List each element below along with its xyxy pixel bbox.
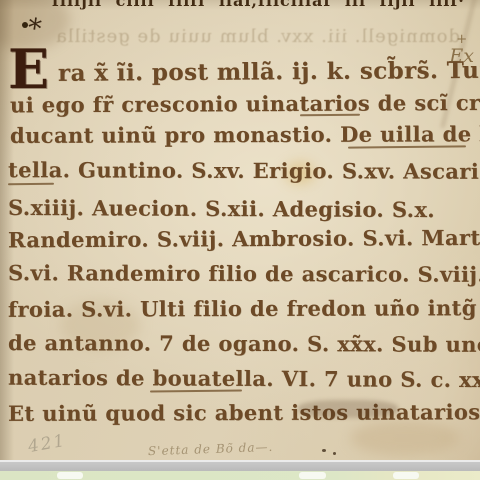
- manuscript-line: Randemiro. S.viij. Ambrosio. S.vi. Marte…: [8, 227, 480, 251]
- filmstrip-thumbnail[interactable]: [299, 472, 326, 479]
- scribal-underline: [300, 114, 360, 117]
- scribal-underline: [150, 390, 242, 393]
- manuscript-line: ra x̃ ĩi. post mllã. ij. k. scb̃rs̃. Tun…: [58, 58, 480, 85]
- manuscript-line: tella. Guntino. S.xv. Erigio. S.xv. Asca…: [8, 159, 480, 182]
- later-cursive-annotation: S'etta de Bõ da—.: [148, 440, 274, 458]
- cut-off-text-line: ſıııȷıı cıııı ſııſı ııaı,ſııcıııaſ ııı ſ…: [52, 0, 480, 10]
- pencil-folio-number: 421: [27, 431, 68, 457]
- star-mark: ∗: [24, 7, 46, 40]
- thumbnail-filmstrip: [0, 471, 480, 480]
- ink-speck: [322, 449, 326, 452]
- manuscript-line: ducant uinũ pro monastio. De uilla de bo…: [10, 123, 480, 146]
- filmstrip-thumbnail[interactable]: [57, 472, 83, 479]
- manuscript-line: S.xiiij. Auecion. S.xii. Adegisio. S.x.: [8, 197, 435, 220]
- manuscript-line: S.vi. Randemiro filio de ascarico. S.vii…: [8, 262, 480, 285]
- manuscript-scan-view: ſıııȷıı cıııı ſııſı ııaı,ſııcıııaſ ııı ſ…: [0, 0, 480, 480]
- scribal-underline: [348, 145, 466, 148]
- manuscript-line: natarios de bouatella. VI. 7 uno S. c. x…: [8, 367, 480, 391]
- ink-speck: [333, 452, 336, 455]
- ink-smudge: [298, 400, 398, 418]
- manuscript-line: ui ego fr̃ cresconio uinatarios de scĩ c…: [10, 92, 480, 116]
- parchment-stain: [350, 420, 460, 456]
- scribal-underline: [8, 183, 54, 185]
- manuscript-line: de antanno. 7 de ogano. S. xx̃x. Sub uno…: [8, 332, 480, 355]
- filmstrip-thumbnail[interactable]: [393, 472, 419, 479]
- manuscript-line: Et uinũ quod sic abent istos uinatarios …: [8, 401, 480, 424]
- illuminated-initial: E: [8, 42, 49, 96]
- bleedthrough-text: domnigell. iii. xxv. blum uuiu de gestil…: [60, 26, 460, 47]
- manuscript-line: froia. S.vi. Ulti filio de fredon uño in…: [8, 297, 477, 320]
